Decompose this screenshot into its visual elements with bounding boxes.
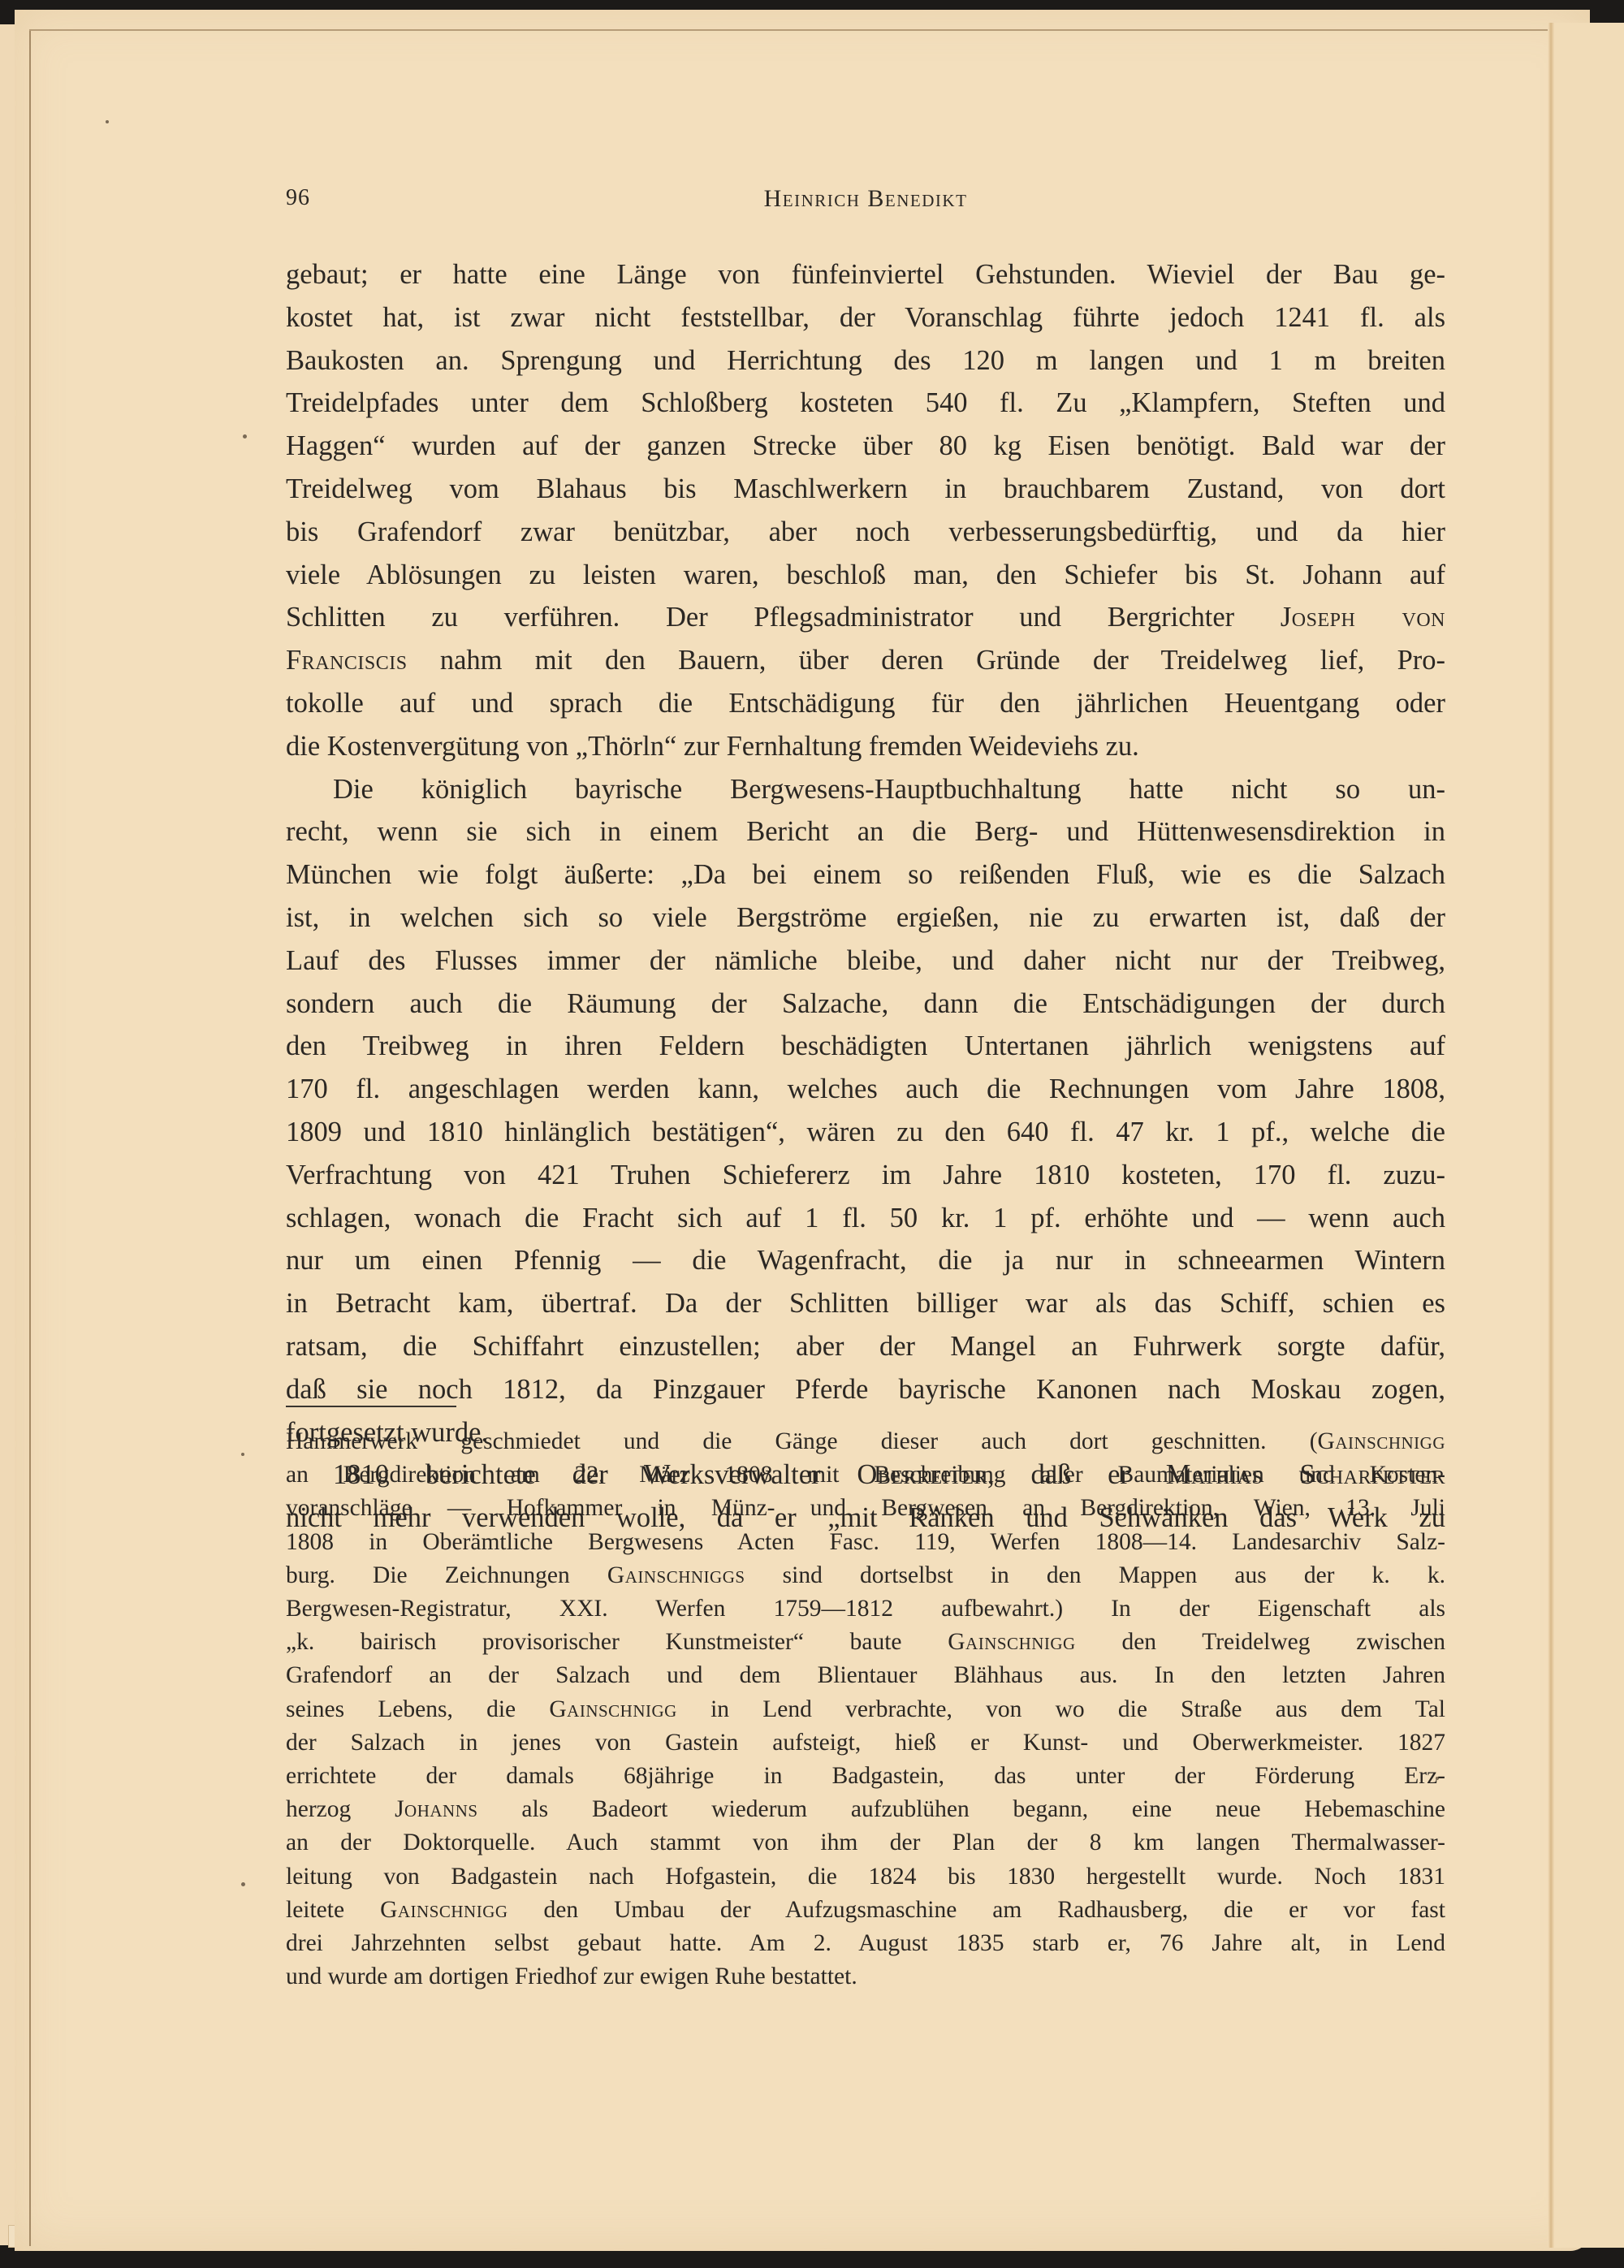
footnote-line: leitete Gainschnigg den Umbau der Aufzug…: [286, 1894, 1445, 1927]
text-line: ist, in welchen sich so viele Bergströme…: [286, 896, 1445, 940]
footnote-line: 1808 in Oberämtliche Bergwesens Acten Fa…: [286, 1526, 1445, 1559]
text-line: 170 fl. angeschlagen werden kann, welche…: [286, 1068, 1445, 1111]
text-line: in Betracht kam, übertraf. Da der Schlit…: [286, 1282, 1445, 1325]
text-line: gebaut; er hatte eine Länge von fünfeinv…: [286, 253, 1445, 296]
footnote-line: Grafendorf an der Salzach und dem Blient…: [286, 1659, 1445, 1692]
footnote-line: leitung von Badgastein nach Hofgastein, …: [286, 1860, 1445, 1894]
footnote-line: Bergwesen-Registratur, XXI. Werfen 1759—…: [286, 1592, 1445, 1626]
text-line: Treidelpfades unter dem Schloßberg koste…: [286, 382, 1445, 425]
text-line: ratsam, die Schiffahrt einzustellen; abe…: [286, 1325, 1445, 1368]
text-line: den Treibweg in ihren Feldern beschädigt…: [286, 1025, 1445, 1068]
text-line: Verfrachtung von 421 Truhen Schiefererz …: [286, 1154, 1445, 1197]
footnote-line: errichtete der damals 68jährige in Badga…: [286, 1760, 1445, 1793]
small-caps-name: Gainschniggs: [607, 1562, 745, 1588]
text-line: sondern auch die Räumung der Salzache, d…: [286, 983, 1445, 1026]
text-line: daß sie noch 1812, da Pinzgauer Pferde b…: [286, 1368, 1445, 1411]
text-line: viele Ablösungen zu leisten waren, besch…: [286, 554, 1445, 597]
footnote-line: drei Jahrzehnten selbst gebaut hatte. Am…: [286, 1927, 1445, 1960]
text-line: recht, wenn sie sich in einem Bericht an…: [286, 810, 1445, 853]
text-line: Haggen“ wurden auf der ganzen Strecke üb…: [286, 425, 1445, 468]
text-line: tokolle auf und sprach die Entschädigung…: [286, 682, 1445, 725]
footnote-line: voranschläge — Hofkammer in Münz- und Be…: [286, 1492, 1445, 1525]
footnote-line: Hammerwerk geschmiedet und die Gänge die…: [286, 1425, 1445, 1458]
footnote-line: burg. Die Zeichnungen Gainschniggs sind …: [286, 1559, 1445, 1592]
footnote-text: Hammerwerk geschmiedet und die Gänge die…: [286, 1425, 1445, 1994]
small-caps-name: Franciscis: [286, 645, 408, 676]
small-caps-name: Johanns: [395, 1796, 478, 1822]
text-line: kostet hat, ist zwar nicht feststellbar,…: [286, 296, 1445, 339]
footnote-separator: [286, 1406, 456, 1407]
footnote-line: an der Doktorquelle. Auch stammt von ihm…: [286, 1826, 1445, 1860]
paragraph: Die königlich bayrische Bergwesens-Haupt…: [286, 768, 1445, 1454]
paragraph: gebaut; er hatte eine Länge von fünfeinv…: [286, 253, 1445, 768]
small-caps-name: Gainschnigg: [549, 1696, 676, 1722]
text-line: Treidelweg vom Blahaus bis Maschlwerkern…: [286, 468, 1445, 511]
page-fold-crease: [1548, 23, 1554, 2248]
text-line: 1809 und 1810 hinlänglich bestätigen“, w…: [286, 1111, 1445, 1154]
text-line: bis Grafendorf zwar benützbar, aber noch…: [286, 511, 1445, 554]
text-line: Baukosten an. Sprengung und Herrichtung …: [286, 339, 1445, 382]
small-caps-name: Gainschnigg: [1318, 1428, 1445, 1454]
text-line: die Kostenvergütung von „Thörln“ zur Fer…: [286, 725, 1445, 768]
text-line: Die königlich bayrische Bergwesens-Haupt…: [286, 768, 1445, 811]
footnote-line: seines Lebens, die Gainschnigg in Lend v…: [286, 1693, 1445, 1726]
page-left-edge-line: [29, 29, 31, 2246]
text-line: schlagen, wonach die Fracht sich auf 1 f…: [286, 1197, 1445, 1240]
small-caps-name: Joseph von: [1281, 602, 1445, 633]
text-line: Schlitten zu verführen. Der Pflegsadmini…: [286, 596, 1445, 639]
running-head: 96 Heinrich Benedikt: [286, 185, 1445, 218]
running-title: Heinrich Benedikt: [286, 185, 1445, 213]
text-line: Franciscis nahm mit den Bauern, über der…: [286, 639, 1445, 682]
text-line: nur um einen Pfennig — die Wagenfracht, …: [286, 1239, 1445, 1282]
small-caps-name: Gainschnigg: [380, 1897, 508, 1923]
page-top-edge-line: [29, 29, 1572, 31]
footnote-line: herzog Johanns als Badeort wiederum aufz…: [286, 1793, 1445, 1826]
footnote-line: „k. bairisch provisorischer Kunstmeister…: [286, 1626, 1445, 1659]
footnote-line: an Bergdirektion am 22. März 1808 mit Be…: [286, 1458, 1445, 1492]
footnote-line: und wurde am dortigen Friedhof zur ewige…: [286, 1960, 1445, 1994]
text-line: Lauf des Flusses immer der nämliche blei…: [286, 940, 1445, 983]
main-text: gebaut; er hatte eine Länge von fünfeinv…: [286, 253, 1445, 1540]
text-line: München wie folgt äußerte: „Da bei einem…: [286, 853, 1445, 896]
next-page-edge: [1554, 23, 1624, 2248]
footnote-line: der Salzach in jenes von Gastein aufstei…: [286, 1726, 1445, 1760]
small-caps-name: Gainschnigg: [948, 1629, 1075, 1655]
